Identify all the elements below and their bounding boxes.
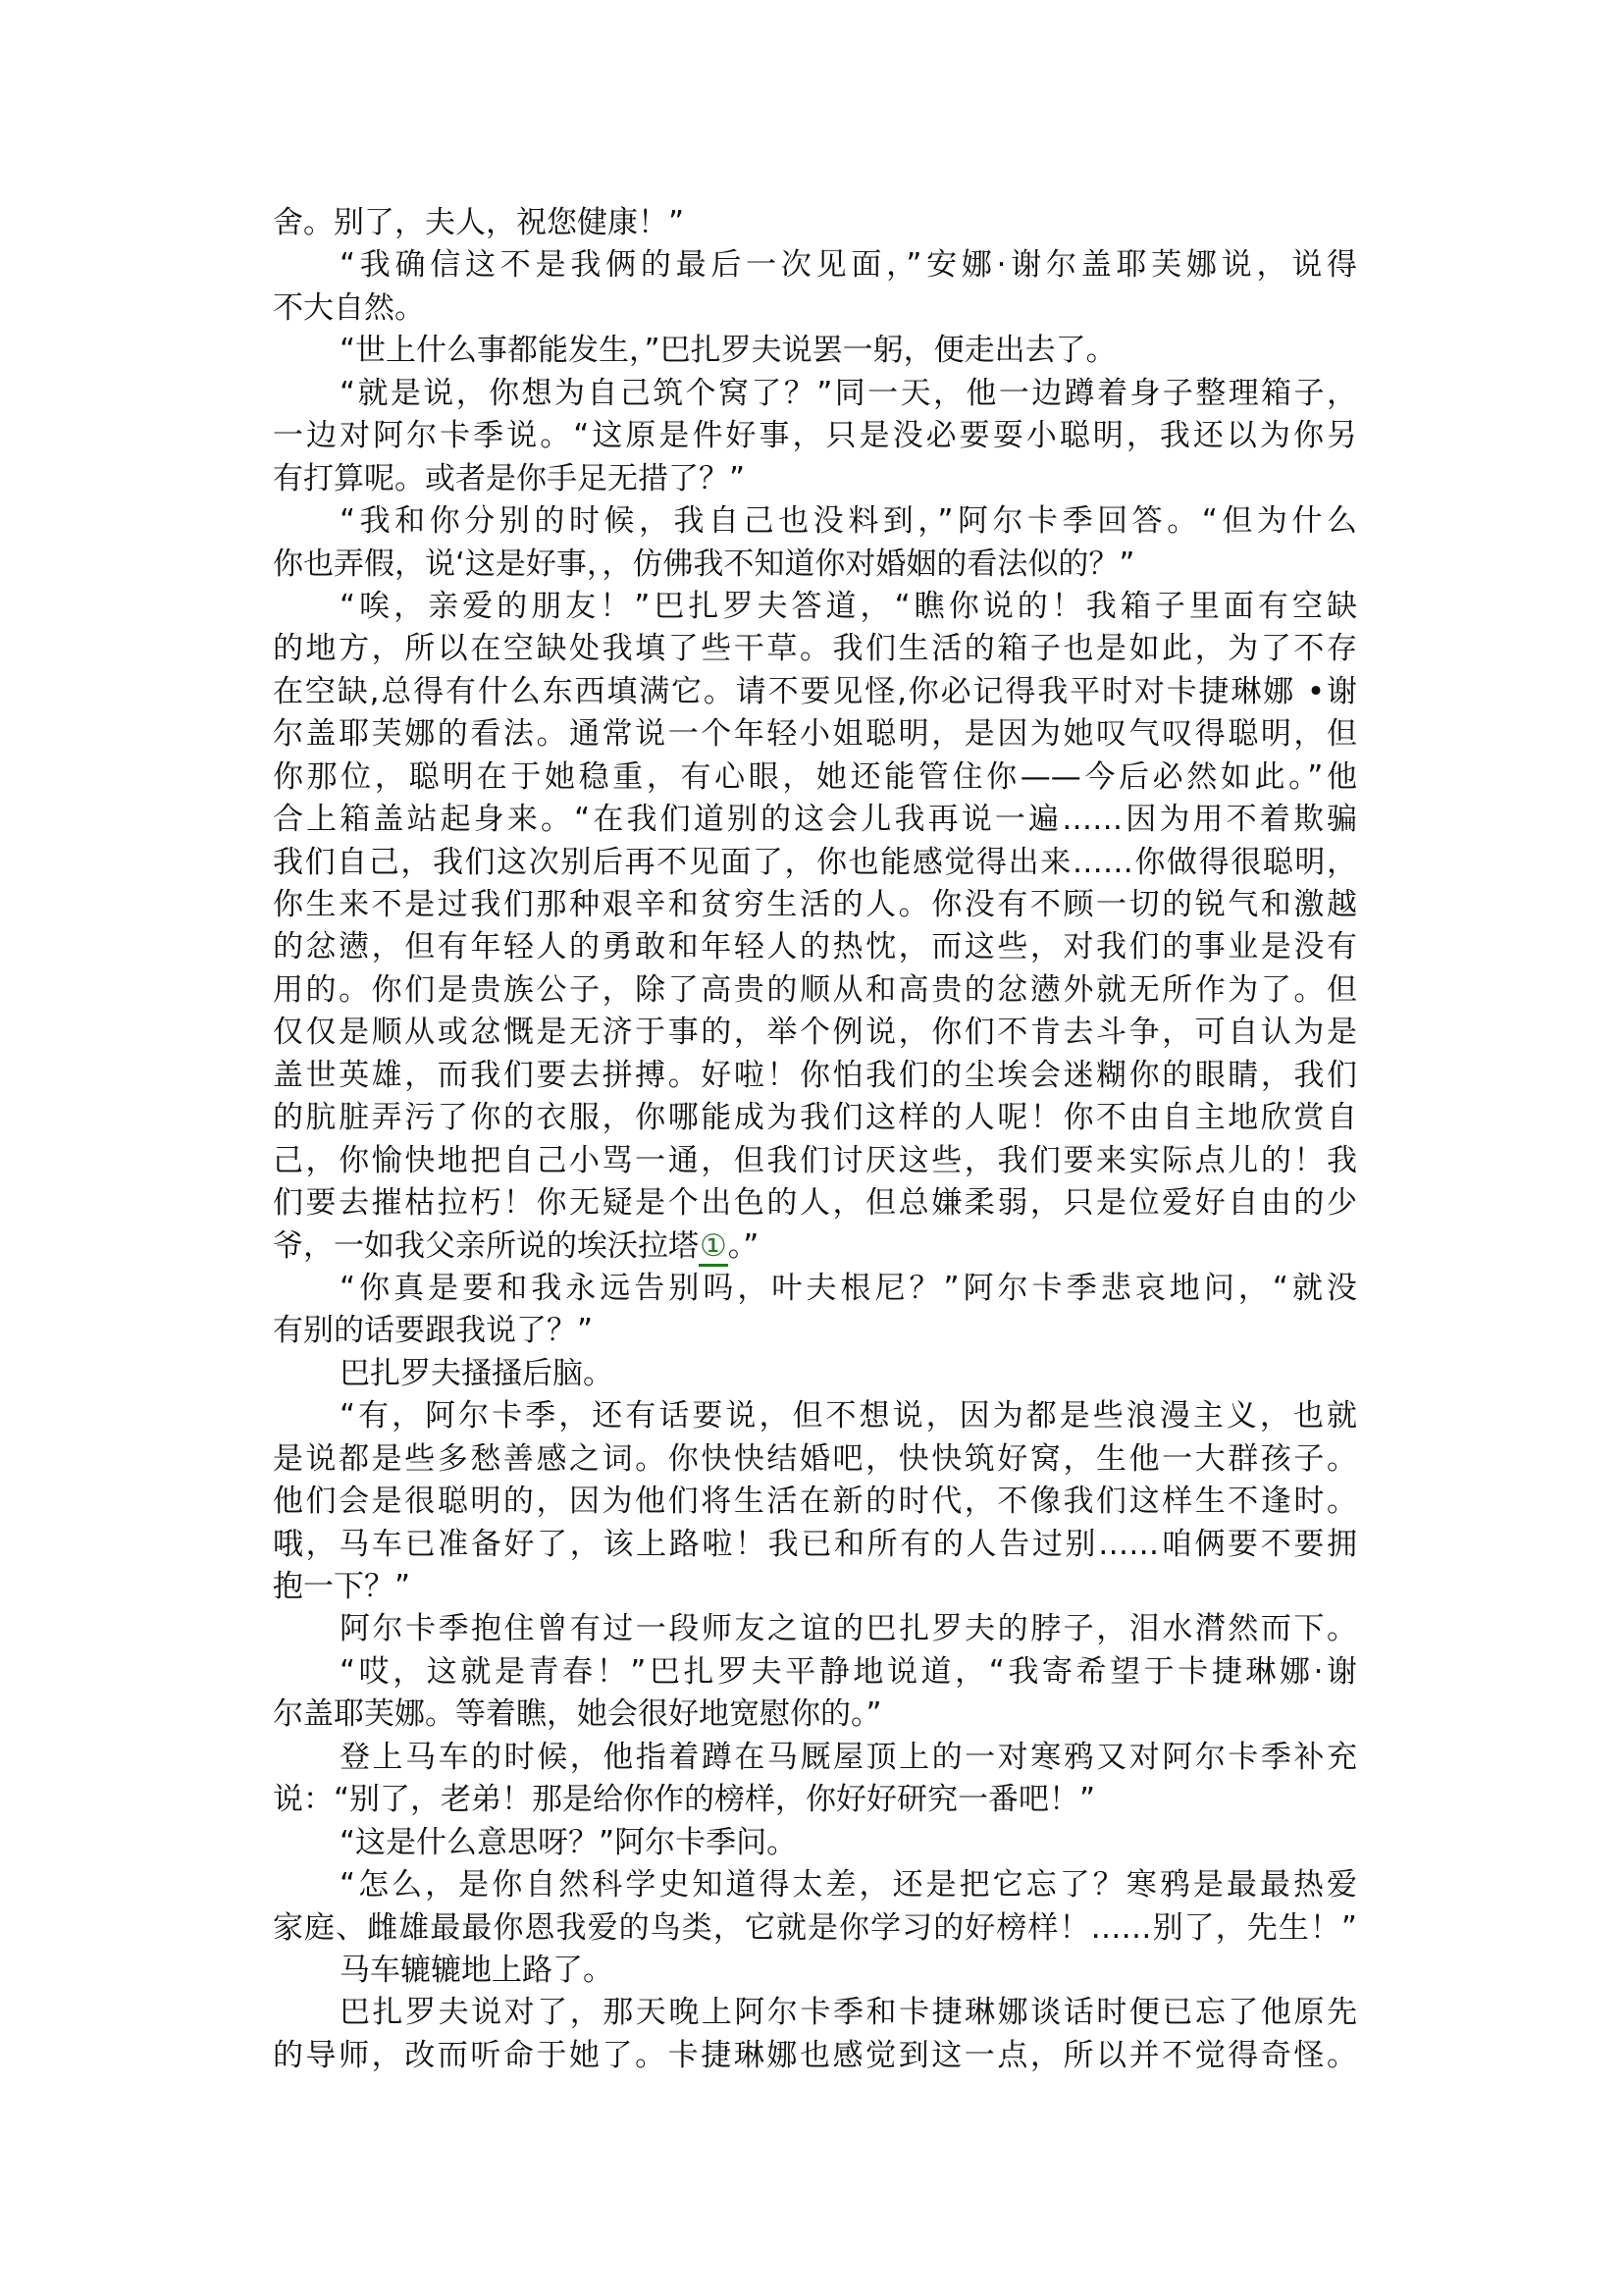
text-line: 合上箱盖站起身来。“在我们道别的这会儿我再说一遍……因为用不着欺骗 [273,799,1357,841]
text-line: 你生来不是过我们那种艰辛和贫穷生活的人。你没有不顾一切的锐气和激越 [273,884,1357,926]
text-line: 们要去摧枯拉朽！你无疑是个出色的人，但总嫌柔弱，只是位爱好自由的少 [273,1182,1357,1225]
line-text: 爷，一如我父亲所说的埃沃拉塔 [273,1228,699,1264]
line-text: “就是说，你想为自己筑个窝了？”同一天，他一边蹲着身子整理箱子， [340,376,1357,411]
line-text: 一边对阿尔卡季说。“这原是件好事，只是没必要耍小聪明，我还以为你另 [273,418,1357,453]
text-line: 尔盖耶芙娜。等着瞧，她会很好地宽慰你的。” [273,1694,1357,1736]
text-line: 尔盖耶芙娜的看法。通常说一个年轻小姐聪明，是因为她叹气叹得聪明，但 [273,713,1357,756]
line-text: “哎，这就是青春！”巴扎罗夫平静地说道，“我寄希望于卡捷琳娜·谢 [340,1654,1357,1690]
line-text: 的肮脏弄污了你的衣服，你哪能成为我们这样的人呢！你不由自主地欣赏自 [273,1100,1357,1135]
line-text: 巴扎罗夫搔搔后脑。 [340,1356,613,1391]
text-line: “你真是要和我永远告别吗，叶夫根尼？”阿尔卡季悲哀地问，“就没 [273,1268,1357,1310]
line-text: 你那位，聪明在于她稳重，有心眼，她还能管住你——今后必然如此。”他 [273,759,1357,795]
line-text: 你生来不是过我们那种艰辛和贫穷生活的人。你没有不顾一切的锐气和激越 [273,887,1357,922]
line-text: 的导师，改而听命于她了。卡捷琳娜也感觉到这一点，所以并不觉得奇怪。 [273,2038,1357,2073]
line-text: 你也弄假，说‘这是好事，，仿佛我不知道你对婚姻的看法似的？” [273,547,1134,582]
text-line: 的导师，改而听命于她了。卡捷琳娜也感觉到这一点，所以并不觉得奇怪。 [273,2035,1357,2077]
line-text: 盖世英雄，而我们要去拼搏。好啦！你怕我们的尘埃会迷糊你的眼睛，我们 [273,1058,1357,1093]
text-line: 说：“别了，老弟！那是给你作的榜样，你好好研究一番吧！” [273,1779,1357,1821]
text-line: 有别的话要跟我说了？” [273,1310,1357,1352]
line-text: 的地方，所以在空缺处我填了些干草。我们生活的箱子也是如此，为了不存 [273,631,1357,666]
line-text: 登上马车的时候，他指着蹲在马厩屋顶上的一对寒鸦又对阿尔卡季补充 [340,1740,1357,1775]
text-line: 我们自己，我们这次别后再不见面了，你也能感觉得出来……你做得很聪明， [273,842,1357,884]
text-line: “唉，亲爱的朋友！”巴扎罗夫答道，“瞧你说的！我箱子里面有空缺 [273,586,1357,628]
text-line: 抱一下？” [273,1566,1357,1608]
line-text: 是说都是些多愁善感之词。你快快结婚吧，快快筑好窝，生他一大群孩子。 [273,1441,1357,1477]
text-line: 一边对阿尔卡季说。“这原是件好事，只是没必要耍小聪明，我还以为你另 [273,415,1357,457]
line-text: 抱一下？” [273,1569,410,1604]
text-line: 你也弄假，说‘这是好事，，仿佛我不知道你对婚姻的看法似的？” [273,544,1357,586]
line-text: 有别的话要跟我说了？” [273,1313,593,1348]
text-line: 在空缺,总得有什么东西填满它。请不要见怪,你必记得我平时对卡捷琳娜 •谢 [273,671,1357,713]
line-text: “有，阿尔卡季，还有话要说，但不想说，因为都是些浪漫主义，也就 [340,1398,1357,1434]
text-line: “这是什么意思呀？”阿尔卡季问。 [273,1822,1357,1864]
line-text: “世上什么事都能发生，”巴扎罗夫说罢一躬，便走出去了。 [340,333,1117,368]
text-line: 你那位，聪明在于她稳重，有心眼，她还能管住你——今后必然如此。”他 [273,756,1357,799]
line-text: “这是什么意思呀？”阿尔卡季问。 [340,1825,797,1860]
text-line: 登上马车的时候，他指着蹲在马厩屋顶上的一对寒鸦又对阿尔卡季补充 [273,1737,1357,1779]
line-text: “怎么，是你自然科学史知道得太差，还是把它忘了？寒鸦是最最热爱 [340,1867,1357,1903]
line-text: 他们会是很聪明的，因为他们将生活在新的时代，不像我们这样生不逢时。 [273,1484,1357,1519]
line-text: 巴扎罗夫说对了，那天晚上阿尔卡季和卡捷琳娜谈话时便已忘了他原先 [340,1995,1357,2030]
text-line: “就是说，你想为自己筑个窝了？”同一天，他一边蹲着身子整理箱子， [273,373,1357,415]
line-text: 哦，马车已准备好了，该上路啦！我已和所有的人告过别……咱俩要不要拥 [273,1527,1357,1562]
line-text: 阿尔卡季抱住曾有过一段师友之谊的巴扎罗夫的脖子，泪水潸然而下。 [340,1611,1357,1646]
text-line: 的肮脏弄污了你的衣服，你哪能成为我们这样的人呢！你不由自主地欣赏自 [273,1097,1357,1139]
line-text: 尔盖耶芙娜。等着瞧，她会很好地宽慰你的。” [273,1696,882,1732]
line-text: 合上箱盖站起身来。“在我们道别的这会儿我再说一遍……因为用不着欺骗 [273,802,1357,837]
line-text: 有打算呢。或者是你手足无措了？” [273,461,745,496]
text-line: 有打算呢。或者是你手足无措了？” [273,458,1357,500]
text-line: “怎么，是你自然科学史知道得太差，还是把它忘了？寒鸦是最最热爱 [273,1864,1357,1906]
line-text: 在空缺,总得有什么东西填满它。请不要见怪,你必记得我平时对卡捷琳娜 •谢 [273,674,1357,709]
text-line: “有，阿尔卡季，还有话要说，但不想说，因为都是些浪漫主义，也就 [273,1395,1357,1437]
text-line: 巴扎罗夫搔搔后脑。 [273,1353,1357,1395]
line-text: 说：“别了，老弟！那是给你作的榜样，你好好研究一番吧！” [273,1782,1095,1817]
footnote-marker[interactable]: ① [699,1228,728,1267]
line-text: 的忿懑，但有年轻人的勇敢和年轻人的热忱，而这些，对我们的事业是没有 [273,929,1357,965]
text-line: 哦，马车已准备好了，该上路啦！我已和所有的人告过别……咱俩要不要拥 [273,1524,1357,1566]
line-text: 尔盖耶芙娜的看法。通常说一个年轻小姐聪明，是因为她叹气叹得聪明，但 [273,716,1357,752]
text-line: 巴扎罗夫说对了，那天晚上阿尔卡季和卡捷琳娜谈话时便已忘了他原先 [273,1992,1357,2034]
text-line: 是说都是些多愁善感之词。你快快结婚吧，快快筑好窝，生他一大群孩子。 [273,1438,1357,1481]
line-text: “唉，亲爱的朋友！”巴扎罗夫答道，“瞧你说的！我箱子里面有空缺 [340,589,1357,624]
text-line: “我确信这不是我俩的最后一次见面，”安娜·谢尔盖耶芙娜说，说得 [273,244,1357,287]
line-text: 己，你愉快地把自己小骂一通，但我们讨厌这些，我们要来实际点儿的！我 [273,1143,1357,1178]
text-line: “我和你分别的时候，我自己也没料到，”阿尔卡季回答。“但为什么 [273,500,1357,543]
text-line: 马车辘辘地上路了。 [273,1950,1357,1992]
body-text: 舍。别了，夫人，祝您健康！”“我确信这不是我俩的最后一次见面，”安娜·谢尔盖耶芙… [273,202,1357,2077]
line-text: 我们自己，我们这次别后再不见面了，你也能感觉得出来……你做得很聪明， [273,845,1357,880]
text-line: 爷，一如我父亲所说的埃沃拉塔①。” [273,1225,1357,1268]
text-line: 家庭、雌雄最最你恩我爱的鸟类，它就是你学习的好榜样！……别了，先生！” [273,1907,1357,1950]
line-text: 家庭、雌雄最最你恩我爱的鸟类，它就是你学习的好榜样！……别了，先生！” [273,1910,1357,1946]
line-text: 马车辘辘地上路了。 [340,1953,613,1988]
line-text: 舍。别了，夫人，祝您健康！” [273,205,684,240]
text-line: “世上什么事都能发生，”巴扎罗夫说罢一躬，便走出去了。 [273,330,1357,372]
text-line: 己，你愉快地把自己小骂一通，但我们讨厌这些，我们要来实际点儿的！我 [273,1140,1357,1182]
text-line: “哎，这就是青春！”巴扎罗夫平静地说道，“我寄希望于卡捷琳娜·谢 [273,1651,1357,1694]
line-text: 不大自然。 [273,290,425,326]
line-text: “你真是要和我永远告别吗，叶夫根尼？”阿尔卡季悲哀地问，“就没 [340,1271,1357,1306]
text-line: 仅仅是顺从或忿慨是无济于事的，举个例说，你们不肯去斗争，可自认为是 [273,1012,1357,1054]
text-line: 他们会是很聪明的，因为他们将生活在新的时代，不像我们这样生不逢时。 [273,1481,1357,1523]
text-line: 的忿懑，但有年轻人的勇敢和年轻人的热忱，而这些，对我们的事业是没有 [273,926,1357,968]
text-line: 不大自然。 [273,287,1357,330]
line-text: “我和你分别的时候，我自己也没料到，”阿尔卡季回答。“但为什么 [340,503,1357,539]
text-line: 的地方，所以在空缺处我填了些干草。我们生活的箱子也是如此，为了不存 [273,628,1357,670]
line-text: 用的。你们是贵族公子，除了高贵的顺从和高贵的忿懑外就无所作为了。但 [273,972,1357,1008]
text-line: 盖世英雄，而我们要去拼搏。好啦！你怕我们的尘埃会迷糊你的眼睛，我们 [273,1055,1357,1097]
line-text: 们要去摧枯拉朽！你无疑是个出色的人，但总嫌柔弱，只是位爱好自由的少 [273,1185,1357,1221]
text-line: 舍。别了，夫人，祝您健康！” [273,202,1357,244]
text-line: 阿尔卡季抱住曾有过一段师友之谊的巴扎罗夫的脖子，泪水潸然而下。 [273,1608,1357,1650]
line-text-after-footnote: 。” [728,1228,760,1264]
line-text: “我确信这不是我俩的最后一次见面，”安娜·谢尔盖耶芙娜说，说得 [340,247,1357,283]
document-page: 舍。别了，夫人，祝您健康！”“我确信这不是我俩的最后一次见面，”安娜·谢尔盖耶芙… [0,0,1624,2294]
text-line: 用的。你们是贵族公子，除了高贵的顺从和高贵的忿懑外就无所作为了。但 [273,969,1357,1012]
line-text: 仅仅是顺从或忿慨是无济于事的，举个例说，你们不肯去斗争，可自认为是 [273,1015,1357,1050]
